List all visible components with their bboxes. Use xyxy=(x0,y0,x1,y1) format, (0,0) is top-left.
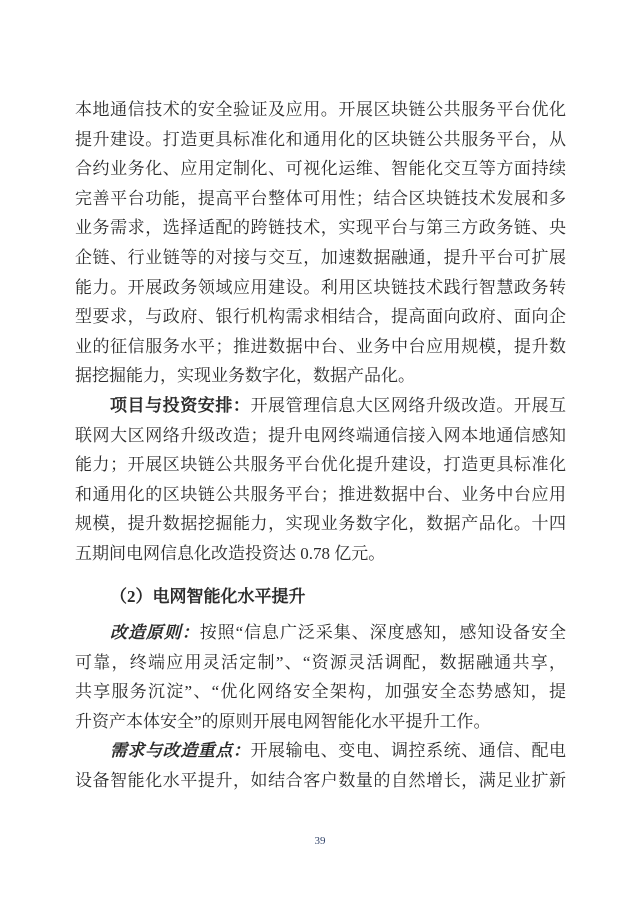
section-heading: （2）电网智能化水平提升 xyxy=(75,582,566,612)
bold-lead: 项目与投资安排： xyxy=(110,396,250,415)
text-line: 业务需求，选择适配的跨链技术，实现平台与第三方政务链、央 xyxy=(75,213,566,243)
text-line: 型要求，与政府、银行机构需求相结合，提高面向政府、面向企 xyxy=(75,302,566,332)
text-line: 可靠，终端应用灵活定制”、“资源灵活调配，数据融通共享， xyxy=(75,648,566,678)
lead-line-rest: 开展管理信息大区网络升级改造。开展互 xyxy=(250,396,566,415)
text-line: 升资产本体安全”的原则开展电网智能化水平提升工作。 xyxy=(75,707,566,737)
text-block: 本地通信技术的安全验证及应用。开展区块链公共服务平台优化 提升建设。打造更具标准… xyxy=(75,95,566,796)
text-line: 本地通信技术的安全验证及应用。开展区块链公共服务平台优化 xyxy=(75,95,566,125)
text-line: 共享服务沉淀”、“优化网络安全架构，加强安全态势感知，提 xyxy=(75,677,566,707)
lead-line-rest: 按照“信息广泛采集、深度感知，感知设备安全 xyxy=(200,623,566,642)
paragraph-lead-line: 项目与投资安排：开展管理信息大区网络升级改造。开展互 xyxy=(75,391,566,421)
paragraph-lead-line: 需求与改造重点：开展输电、变电、调控系统、通信、配电 xyxy=(75,736,566,766)
text-line: 能力。开展政务领域应用建设。利用区块链技术践行智慧政务转 xyxy=(75,273,566,303)
text-line: 五期间电网信息化改造投资达 0.78 亿元。 xyxy=(75,539,566,569)
text-line: 和通用化的区块链公共服务平台；推进数据中台、业务中台应用 xyxy=(75,480,566,510)
text-line: 规模，提升数据挖掘能力，实现业务数字化，数据产品化。十四 xyxy=(75,509,566,539)
bold-lead: 改造原则： xyxy=(110,623,200,642)
paragraph-continuation: 本地通信技术的安全验证及应用。开展区块链公共服务平台优化 提升建设。打造更具标准… xyxy=(75,95,566,391)
document-page: 本地通信技术的安全验证及应用。开展区块链公共服务平台优化 提升建设。打造更具标准… xyxy=(0,0,640,905)
paragraph-investment: 项目与投资安排：开展管理信息大区网络升级改造。开展互 联网大区网络升级改造；提升… xyxy=(75,391,566,569)
text-line: 完善平台功能，提高平台整体可用性；结合区块链技术发展和多 xyxy=(75,184,566,214)
text-line: 能力；开展区块链公共服务平台优化提升建设，打造更具标准化 xyxy=(75,450,566,480)
text-line: 设备智能化水平提升，如结合客户数量的自然增长，满足业扩新 xyxy=(75,766,566,796)
page-number: 39 xyxy=(0,835,640,847)
text-line: 企链、行业链等的对接与交互，加速数据融通，提升平台可扩展 xyxy=(75,243,566,273)
text-line: 业的征信服务水平；推进数据中台、业务中台应用规模，提升数 xyxy=(75,332,566,362)
paragraph-lead-line: 改造原则：按照“信息广泛采集、深度感知，感知设备安全 xyxy=(75,618,566,648)
lead-line-rest: 开展输电、变电、调控系统、通信、配电 xyxy=(250,741,566,760)
paragraph-requirements: 需求与改造重点：开展输电、变电、调控系统、通信、配电 设备智能化水平提升，如结合… xyxy=(75,736,566,795)
text-line: 合约业务化、应用定制化、可视化运维、智能化交互等方面持续 xyxy=(75,154,566,184)
text-line: 据挖掘能力，实现业务数字化，数据产品化。 xyxy=(75,361,566,391)
bold-lead: 需求与改造重点： xyxy=(110,741,250,760)
text-line: 联网大区网络升级改造；提升电网终端通信接入网本地通信感知 xyxy=(75,421,566,451)
paragraph-principles: 改造原则：按照“信息广泛采集、深度感知，感知设备安全 可靠，终端应用灵活定制”、… xyxy=(75,618,566,736)
text-line: 提升建设。打造更具标准化和通用化的区块链公共服务平台，从 xyxy=(75,125,566,155)
